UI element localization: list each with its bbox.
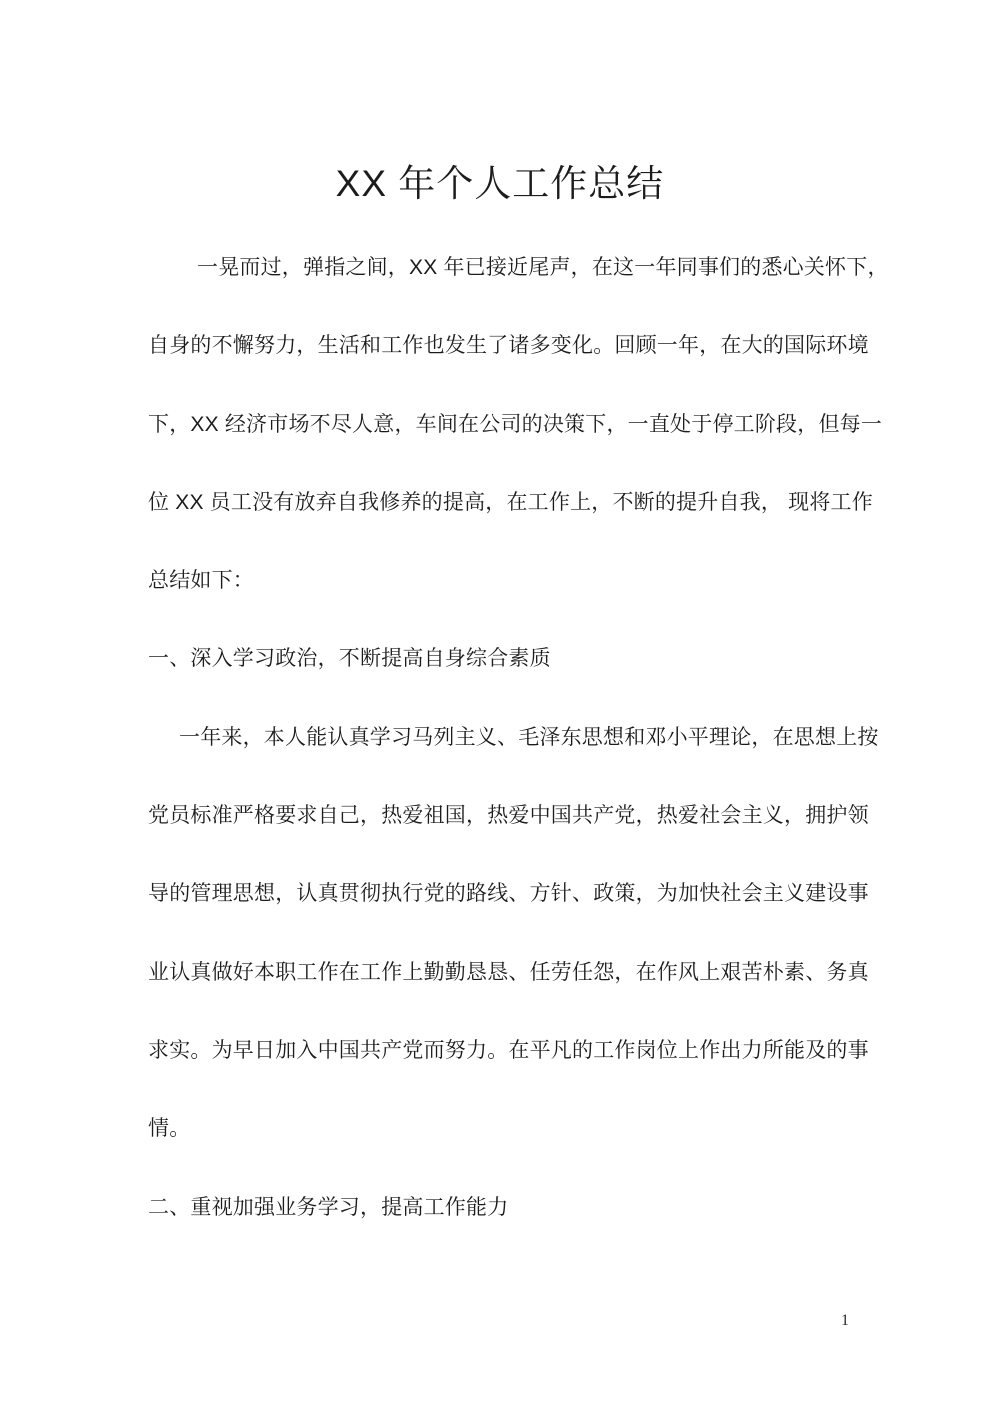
section-heading: 二、重视加强业务学习，提高工作能力 xyxy=(148,1169,860,1247)
text-line: 求实。为早日加入中国共产党而努力。在平凡的工作岗位上作出力所能及的事 xyxy=(148,1012,860,1090)
text-line: 一晃而过，弹指之间，XX 年已接近尾声，在这一年同事们的悉心关怀下， xyxy=(148,229,860,307)
text-line: 总结如下： xyxy=(148,542,860,620)
document-body: 一晃而过，弹指之间，XX 年已接近尾声，在这一年同事们的悉心关怀下， 自身的不懈… xyxy=(148,229,860,1247)
document-title: XX 年个人工作总结 xyxy=(0,157,1000,211)
text-line: 业认真做好本职工作在工作上勤勤恳恳、任劳任怨，在作风上艰苦朴素、务真 xyxy=(148,934,860,1012)
text-line: 党员标准严格要求自己，热爱祖国，热爱中国共产党，热爱社会主义，拥护领 xyxy=(148,777,860,855)
page-number: 1 xyxy=(836,1310,854,1332)
document-page: XX 年个人工作总结 一晃而过，弹指之间，XX 年已接近尾声，在这一年同事们的悉… xyxy=(0,0,1000,1415)
text-line: 位 XX 员工没有放弃自我修养的提高，在工作上，不断的提升自我， 现将工作 xyxy=(148,464,860,542)
section-heading: 一、深入学习政治，不断提高自身综合素质 xyxy=(148,620,860,698)
text-line: 情。 xyxy=(148,1090,860,1168)
text-line: 导的管理思想，认真贯彻执行党的路线、方针、政策，为加快社会主义建设事 xyxy=(148,855,860,933)
text-line: 下，XX 经济市场不尽人意，车间在公司的决策下，一直处于停工阶段，但每一 xyxy=(148,386,860,464)
text-line: 自身的不懈努力，生活和工作也发生了诸多变化。回顾一年，在大的国际环境 xyxy=(148,307,860,385)
text-line: 一年来，本人能认真学习马列主义、毛泽东思想和邓小平理论，在思想上按 xyxy=(148,699,860,777)
